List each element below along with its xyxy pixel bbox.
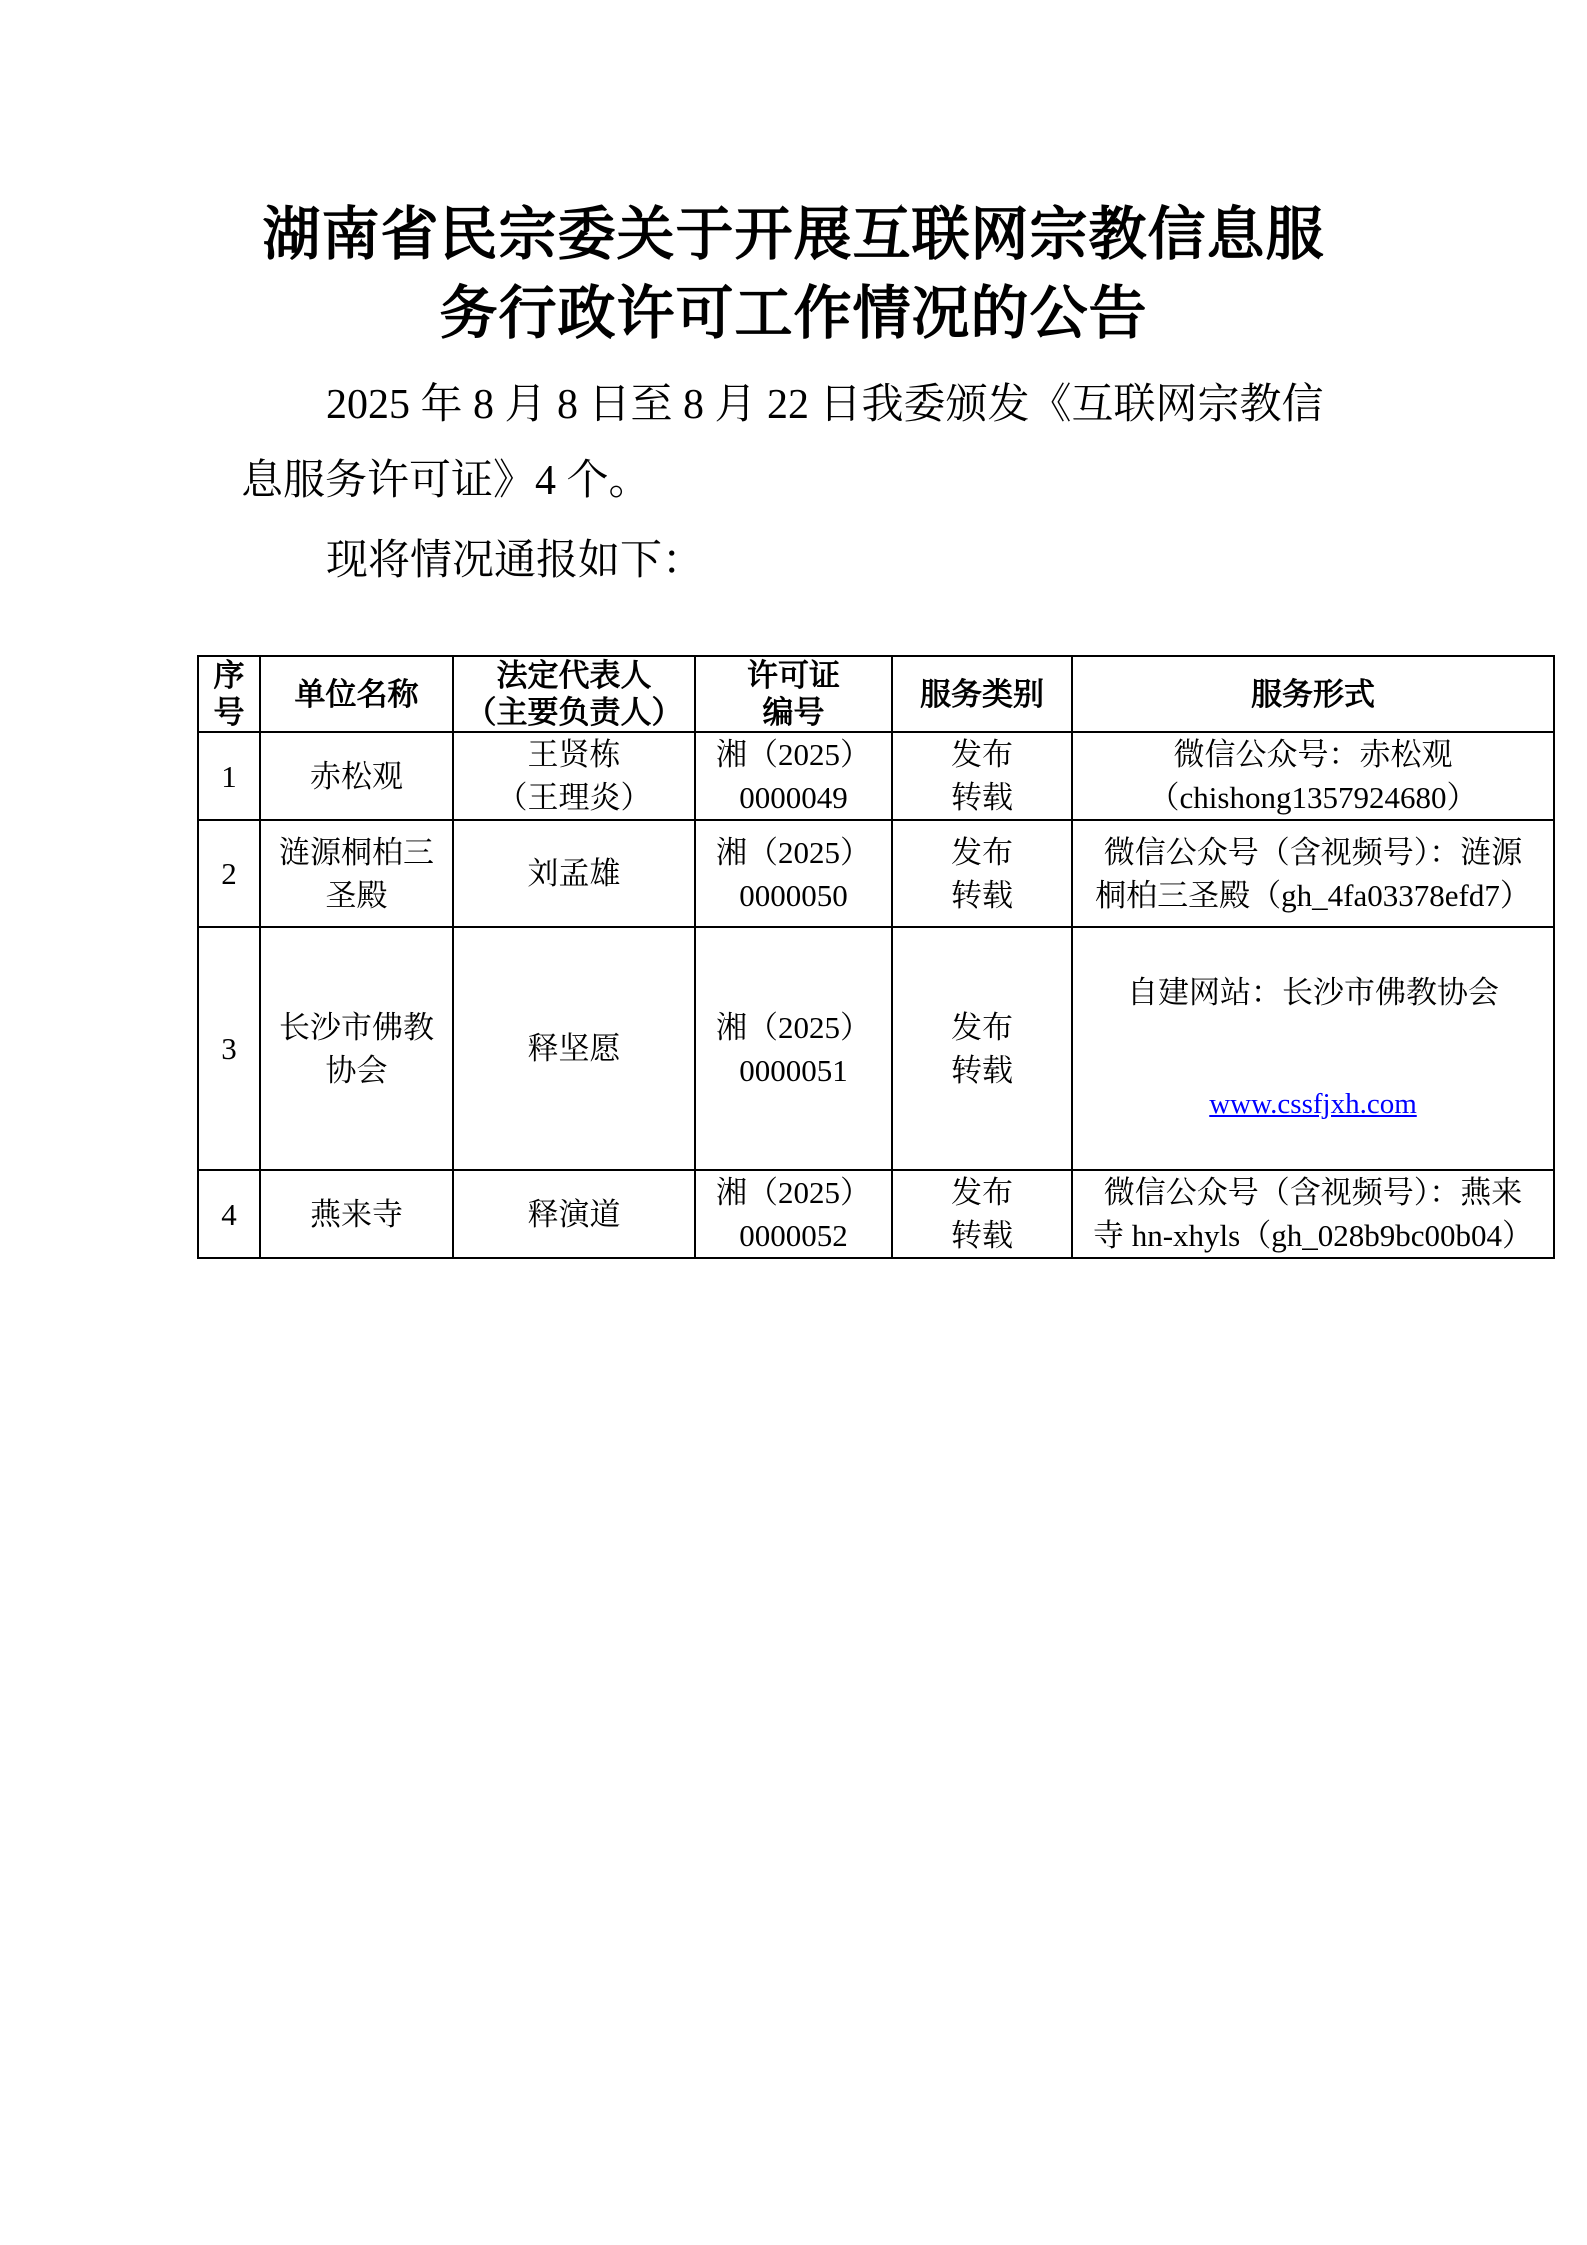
cell-num: 4 — [198, 1170, 260, 1258]
cell-num: 2 — [198, 820, 260, 927]
col-header-license: 许可证 编号 — [695, 656, 892, 732]
cell-num: 3 — [198, 927, 260, 1170]
cell-rep: 刘孟雄 — [453, 820, 695, 927]
table-header-row: 序 号 单位名称 法定代表人 （主要负责人） 许可证 编号 服务类别 服务形式 — [198, 656, 1554, 732]
cell-rep: 释演道 — [453, 1170, 695, 1258]
col-header-rep: 法定代表人 （主要负责人） — [453, 656, 695, 732]
cell-rep: 王贤栋 （王理炎） — [453, 732, 695, 820]
cell-license: 湘（2025） 0000050 — [695, 820, 892, 927]
website-link[interactable]: www.cssfjxh.com — [1081, 1083, 1545, 1126]
cell-service: 微信公众号：赤松观 （chishong1357924680） — [1072, 732, 1554, 820]
cell-unit: 长沙市佛教 协会 — [260, 927, 453, 1170]
cell-category: 发布 转载 — [892, 1170, 1072, 1258]
cell-unit: 涟源桐柏三 圣殿 — [260, 820, 453, 927]
table-row: 3 长沙市佛教 协会 释坚愿 湘（2025） 0000051 发布 转载 自建网… — [198, 927, 1554, 1170]
col-header-category: 服务类别 — [892, 656, 1072, 732]
document-page: 湖南省民宗委关于开展互联网宗教信息服 务行政许可工作情况的公告 2025 年 8… — [0, 0, 1587, 2245]
cell-rep: 释坚愿 — [453, 927, 695, 1170]
cell-num: 1 — [198, 732, 260, 820]
intro-paragraph-line-1: 2025 年 8 月 8 日至 8 月 22 日我委颁发《互联网宗教信 — [241, 367, 1345, 443]
website-label: 自建网站：长沙市佛教协会 — [1081, 971, 1545, 1014]
notice-paragraph: 现将情况通报如下： — [241, 523, 1345, 599]
document-title: 湖南省民宗委关于开展互联网宗教信息服 务行政许可工作情况的公告 — [0, 0, 1587, 353]
title-line-2: 务行政许可工作情况的公告 — [0, 274, 1587, 353]
cell-unit: 燕来寺 — [260, 1170, 453, 1258]
cell-service: 微信公众号（含视频号）：涟源 桐柏三圣殿（gh_4fa03378efd7） — [1072, 820, 1554, 927]
col-header-unit: 单位名称 — [260, 656, 453, 732]
cell-license: 湘（2025） 0000051 — [695, 927, 892, 1170]
cell-unit: 赤松观 — [260, 732, 453, 820]
title-line-1: 湖南省民宗委关于开展互联网宗教信息服 — [0, 195, 1587, 274]
table-row: 2 涟源桐柏三 圣殿 刘孟雄 湘（2025） 0000050 发布 转载 微信公… — [198, 820, 1554, 927]
cell-service: 自建网站：长沙市佛教协会 www.cssfjxh.com — [1072, 927, 1554, 1170]
table-row: 4 燕来寺 释演道 湘（2025） 0000052 发布 转载 微信公众号（含视… — [198, 1170, 1554, 1258]
intro-paragraph-line-2: 息服务许可证》4 个。 — [241, 443, 1345, 519]
col-header-num: 序 号 — [198, 656, 260, 732]
cell-license: 湘（2025） 0000052 — [695, 1170, 892, 1258]
cell-license: 湘（2025） 0000049 — [695, 732, 892, 820]
cell-category: 发布 转载 — [892, 927, 1072, 1170]
cell-category: 发布 转载 — [892, 732, 1072, 820]
cell-service: 微信公众号（含视频号）：燕来 寺 hn-xhyls（gh_028b9bc00b0… — [1072, 1170, 1554, 1258]
table-row: 1 赤松观 王贤栋 （王理炎） 湘（2025） 0000049 发布 转载 微信… — [198, 732, 1554, 820]
license-table: 序 号 单位名称 法定代表人 （主要负责人） 许可证 编号 服务类别 服务形式 … — [197, 655, 1555, 1259]
cell-category: 发布 转载 — [892, 820, 1072, 927]
col-header-service: 服务形式 — [1072, 656, 1554, 732]
document-body: 2025 年 8 月 8 日至 8 月 22 日我委颁发《互联网宗教信 息服务许… — [241, 367, 1345, 599]
